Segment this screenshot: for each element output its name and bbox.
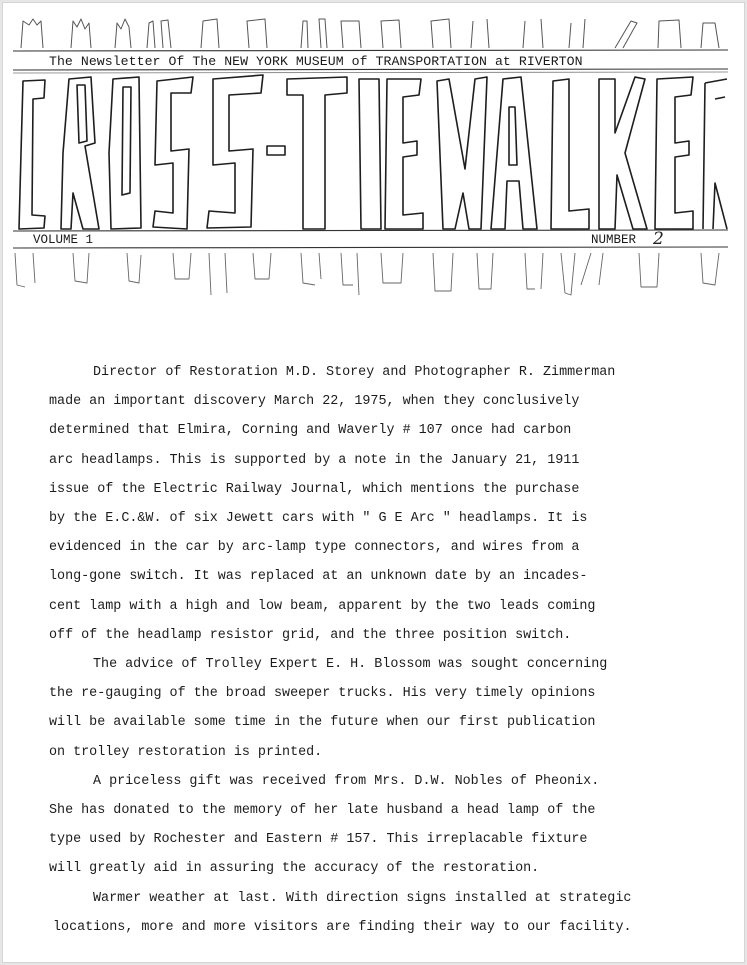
paragraph-line: determined that Elmira, Corning and Wave… [49,423,571,438]
title-artwork [19,75,727,229]
paragraph-line: cent lamp with a high and low beam, appa… [49,599,595,614]
paragraph-line: the re-gauging of the broad sweeper truc… [49,686,595,701]
paragraph-first-line: Director of Restoration M.D. Storey and … [93,365,615,380]
paragraph-line: arc headlamps. This is supported by a no… [49,453,579,468]
bottom-reflection [15,253,719,295]
paragraph-line: locations, more and more visitors are fi… [53,920,632,935]
number-label: NUMBER [591,233,636,247]
newsletter-subtitle: The Newsletter Of The NEW YORK MUSEUM of… [49,54,583,69]
paragraph-line: type used by Rochester and Eastern # 157… [49,832,587,847]
masthead-artwork [3,3,745,303]
paragraph-first-line: A priceless gift was received from Mrs. … [93,774,599,789]
paragraph-line: made an important discovery March 22, 19… [49,394,579,409]
top-reflection [21,19,719,48]
paragraph-line: evidenced in the car by arc-lamp type co… [49,540,579,555]
paragraph-line: issue of the Electric Railway Journal, w… [49,482,579,497]
masthead: The Newsletter Of The NEW YORK MUSEUM of… [3,3,745,303]
newsletter-page: The Newsletter Of The NEW YORK MUSEUM of… [2,2,745,963]
paragraph-line: long-gone switch. It was replaced at an … [49,569,587,584]
paragraph-line: by the E.C.&W. of six Jewett cars with "… [49,511,587,526]
paragraph-first-line: The advice of Trolley Expert E. H. Bloss… [93,657,607,672]
paragraph-line: will be available some time in the futur… [49,715,595,730]
paragraph-line: will greatly aid in assuring the accurac… [49,861,539,876]
paragraph-line: off of the headlamp resistor grid, and t… [49,628,571,643]
paragraph-line: on trolley restoration is printed. [49,745,322,760]
issue-number: 2 [653,229,664,249]
paragraph-line: She has donated to the memory of her lat… [49,803,595,818]
volume-label: VOLUME 1 [33,233,93,247]
paragraph-first-line: Warmer weather at last. With direction s… [93,891,631,906]
